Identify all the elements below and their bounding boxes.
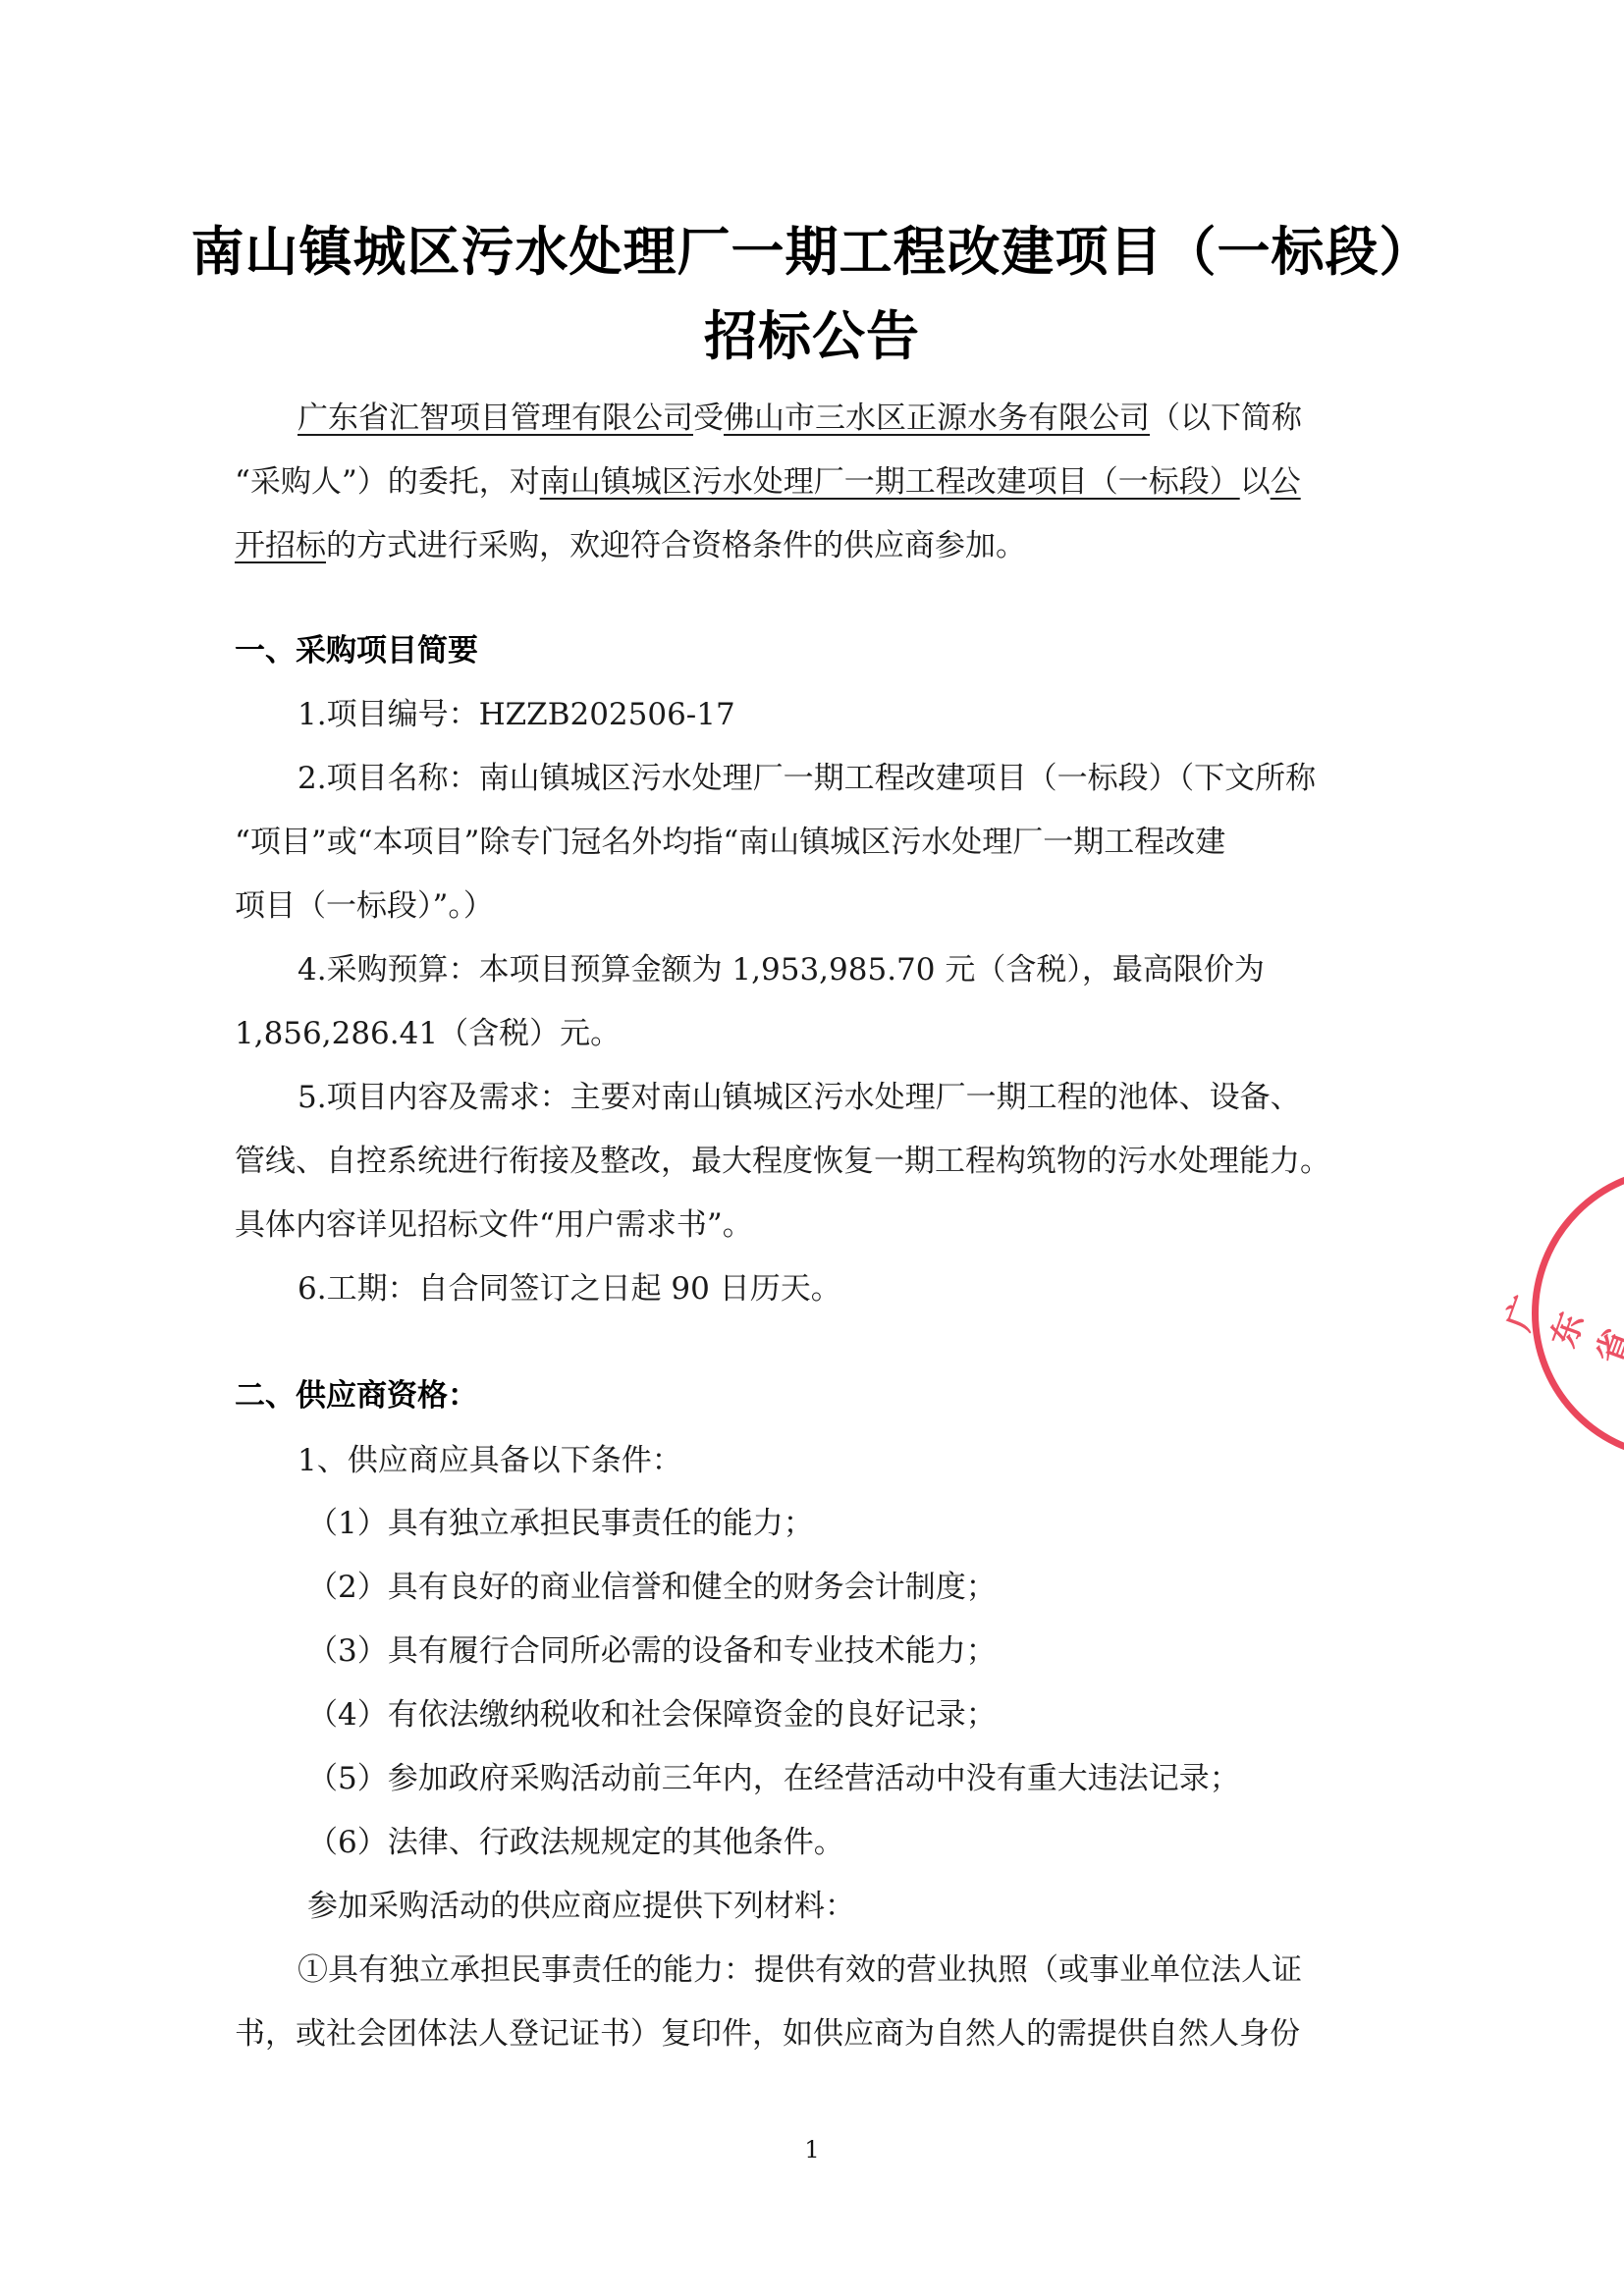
intro-line-1: 广东省汇智项目管理有限公司受佛山市三水区正源水务有限公司（以下简称 bbox=[298, 399, 1302, 438]
content-line: 5.项目内容及需求：主要对南山镇城区污水处理厂一期工程的池体、设备、 bbox=[298, 1078, 1301, 1117]
condition-item: （5）参加政府采购活动前三年内，在经营活动中没有重大违法记录； bbox=[307, 1759, 1240, 1798]
agency-name: 广东省汇智项目管理有限公司 bbox=[298, 400, 693, 436]
intro-line-2: “采购人”）的委托，对南山镇城区污水处理厂一期工程改建项目（一标段）以公 bbox=[235, 462, 1301, 502]
materials-intro: 参加采购活动的供应商应提供下列材料： bbox=[307, 1887, 855, 1926]
intro-text: 的方式进行采购，欢迎符合资格条件的供应商参加。 bbox=[326, 528, 1026, 563]
intro-text: （以下简称 bbox=[1150, 400, 1302, 436]
document-title-line2: 招标公告 bbox=[0, 294, 1624, 370]
project-number: 1.项目编号：HZZB202506-17 bbox=[298, 695, 735, 734]
content-line: 具体内容详见招标文件“用户需求书”。 bbox=[235, 1205, 753, 1245]
procurement-method: 开招标 bbox=[235, 528, 326, 563]
content-line: 管线、自控系统进行衔接及整改，最大程度恢复一期工程构筑物的污水处理能力。 bbox=[235, 1142, 1330, 1181]
purchaser-name: 佛山市三水区正源水务有限公司 bbox=[724, 400, 1150, 436]
intro-text: “采购人”）的委托，对 bbox=[235, 464, 540, 500]
document-title-line1: 南山镇城区污水处理厂一期工程改建项目（一标段） bbox=[0, 210, 1624, 286]
material-item: 书，或社会团体法人登记证书）复印件，如供应商为自然人的需提供自然人身份 bbox=[235, 2014, 1300, 2054]
condition-item: （6）法律、行政法规规定的其他条件。 bbox=[307, 1823, 844, 1862]
project-name-line: 2.项目名称：南山镇城区污水处理厂一期工程改建项目（一标段）（下文所称 bbox=[298, 759, 1316, 798]
duration-line: 6.工期：自合同签订之日起 90 日历天。 bbox=[298, 1269, 841, 1308]
conditions-intro: 1、供应商应具备以下条件： bbox=[298, 1441, 682, 1480]
condition-item: （4）有依法缴纳税收和社会保障资金的良好记录； bbox=[307, 1695, 997, 1735]
condition-item: （2）具有良好的商业信誉和健全的财务会计制度； bbox=[307, 1568, 997, 1607]
page-number: 1 bbox=[0, 2136, 1624, 2163]
budget-line: 1,856,286.41（含税）元。 bbox=[235, 1014, 621, 1053]
procurement-method: 公 bbox=[1271, 464, 1301, 500]
intro-text: 受 bbox=[693, 400, 724, 436]
project-name: 南山镇城区污水处理厂一期工程改建项目（一标段） bbox=[540, 464, 1240, 500]
section-heading-1: 一、采购项目简要 bbox=[235, 631, 478, 670]
material-item: ①具有独立承担民事责任的能力：提供有效的营业执照（或事业单位法人证 bbox=[298, 1950, 1302, 1990]
budget-line: 4.采购预算：本项目预算金额为 1,953,985.70 元（含税），最高限价为 bbox=[298, 950, 1265, 989]
intro-line-3: 开招标的方式进行采购，欢迎符合资格条件的供应商参加。 bbox=[235, 526, 1026, 565]
condition-item: （1）具有独立承担民事责任的能力； bbox=[307, 1504, 814, 1543]
section-heading-2: 二、供应商资格： bbox=[235, 1376, 478, 1415]
project-name-line: 项目（一标段）”。） bbox=[235, 886, 494, 926]
condition-item: （3）具有履行合同所必需的设备和专业技术能力； bbox=[307, 1631, 997, 1671]
project-name-line: “项目”或“本项目”除专门冠名外均指“南山镇城区污水处理厂一期工程改建 bbox=[235, 823, 1225, 862]
intro-text: 以 bbox=[1240, 464, 1271, 500]
